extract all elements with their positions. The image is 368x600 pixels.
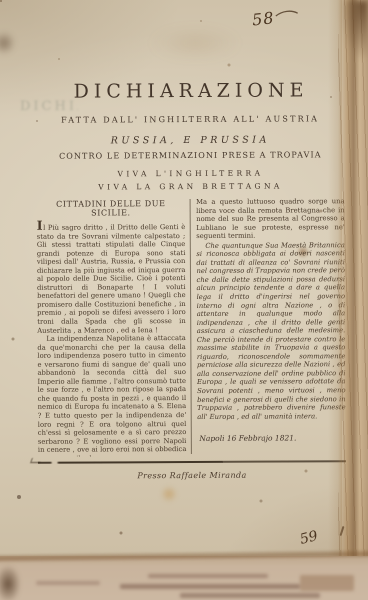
folio-58-number: 58	[251, 8, 275, 29]
subtitle-line-1: FATTA DALL' INGHILTERRA ALL' AUSTRIA	[36, 114, 344, 125]
foxing-speckles	[0, 0, 2, 2]
page-title: DICHIARAZIONE	[38, 79, 344, 103]
dateline: Napoli 16 Febbrajo 1821.	[199, 433, 346, 443]
binding-stain	[342, 0, 368, 58]
handwritten-folio-59: 59	[298, 528, 319, 548]
body-paragraph: Il Più sagro dritto , il Dritto delle Ge…	[37, 222, 186, 335]
left-column: CITTADINI DELLE DUE SICILIE. Il Più sagr…	[37, 198, 187, 457]
corner-stain	[0, 566, 20, 600]
underlying-page	[0, 556, 368, 600]
body-paragraph: La indipendenza Napolitana è attaccata d…	[37, 334, 186, 457]
subtitle-line-3: CONTRO LE DETERMINAZIONI PRESE A TROPAVI…	[36, 150, 344, 161]
handwritten-folio-58: 58	[251, 6, 300, 30]
stain	[0, 30, 14, 56]
gutter-shade	[328, 0, 342, 600]
folio-58-flourish	[274, 7, 299, 19]
body-paragraph: Ma a questo luttuoso quadro sorge una li…	[196, 197, 345, 241]
right-column: Ma a questo luttuoso quadro sorge una li…	[196, 197, 346, 456]
viva-line-1: VIVA L'INGHILTERRA	[36, 168, 344, 179]
divider-rule	[38, 460, 346, 464]
viva-line-2: VIVA LA GRAN BRETTAGNA	[36, 181, 344, 192]
subtitle-line-2: RUSSIA, E PRUSSIA	[36, 134, 344, 147]
printer-imprint: Presso Raffaele Miranda	[38, 470, 346, 481]
address-heading: CITTADINI DELLE DUE SICILIE.	[37, 199, 186, 218]
stain	[150, 28, 240, 58]
printed-page: DICHIARAZIONE FATTA DALL' INGHILTERRA AL…	[36, 79, 346, 481]
two-column-text: CITTADINI DELLE DUE SICILIE. Il Più sagr…	[37, 197, 346, 457]
page-photo: DICHIARAZIONE 58 59 DICHIARAZIONE FATTA …	[0, 0, 368, 600]
protest-paragraph-italic: Che quantunque Sua Maestà Britannica si …	[196, 241, 345, 421]
stain	[160, 486, 178, 502]
